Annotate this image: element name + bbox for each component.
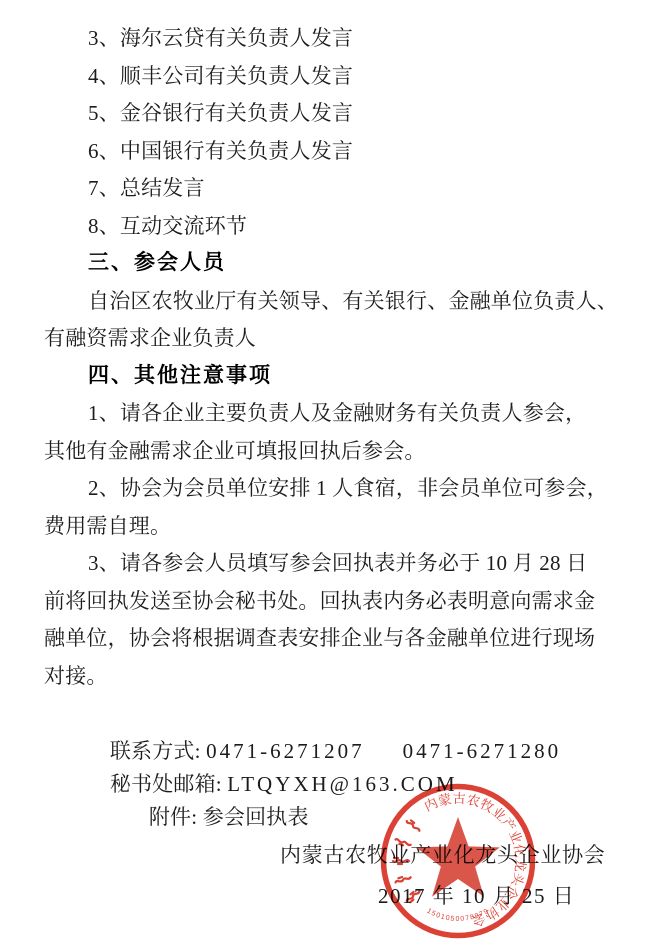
agenda-item: 4、顺丰公司有关负责人发言 — [88, 57, 353, 95]
seal-star-icon — [416, 817, 500, 897]
body-line: 自治区农牧业厅有关领导、有关银行、金融单位负责人、 — [88, 282, 618, 320]
agenda-item: 7、总结发言 — [88, 169, 205, 207]
attachment-line: 附件: 参会回执表 — [127, 760, 309, 798]
body-line: 2、协会为会员单位安排 1 人食宿，非会员单位可参会， — [88, 469, 608, 507]
body-line: 融单位，协会将根据调查表安排企业与各金融单位进行现场 — [44, 619, 595, 657]
attachment-value: 参会回执表 — [203, 805, 309, 829]
agenda-item: 5、金谷银行有关负责人发言 — [88, 94, 353, 132]
attachment-label: 附件: — [149, 805, 203, 829]
agenda-item: 8、互动交流环节 — [88, 207, 247, 245]
body-line: 对接。 — [44, 657, 108, 695]
body-line: 有融资需求企业负责人 — [44, 319, 256, 357]
body-line: 1、请各企业主要负责人及金融财务有关负责人参会， — [88, 394, 586, 432]
body-line: 其他有金融需求企业可填报回执后参会。 — [44, 432, 426, 470]
body-line: 3、请各参会人员填写参会回执表并务必于 10 月 28 日 — [88, 544, 587, 582]
document-page: 3、海尔云贷有关负责人发言 4、顺丰公司有关负责人发言 5、金谷银行有关负责人发… — [0, 0, 662, 948]
agenda-item: 3、海尔云贷有关负责人发言 — [88, 19, 353, 57]
agenda-item: 6、中国银行有关负责人发言 — [88, 132, 353, 170]
section-heading-notes: 四、其他注意事项 — [88, 357, 272, 395]
body-line: 前将回执发送至协会秘书处。回执表内务必表明意向需求金 — [44, 582, 595, 620]
seal-mongolian-script — [393, 819, 421, 904]
official-seal: 内蒙古农牧业产业化龙头企业协会 1501050078979 — [378, 781, 538, 941]
section-heading-attendees: 三、参会人员 — [88, 244, 226, 282]
body-line: 费用需自理。 — [44, 507, 171, 545]
